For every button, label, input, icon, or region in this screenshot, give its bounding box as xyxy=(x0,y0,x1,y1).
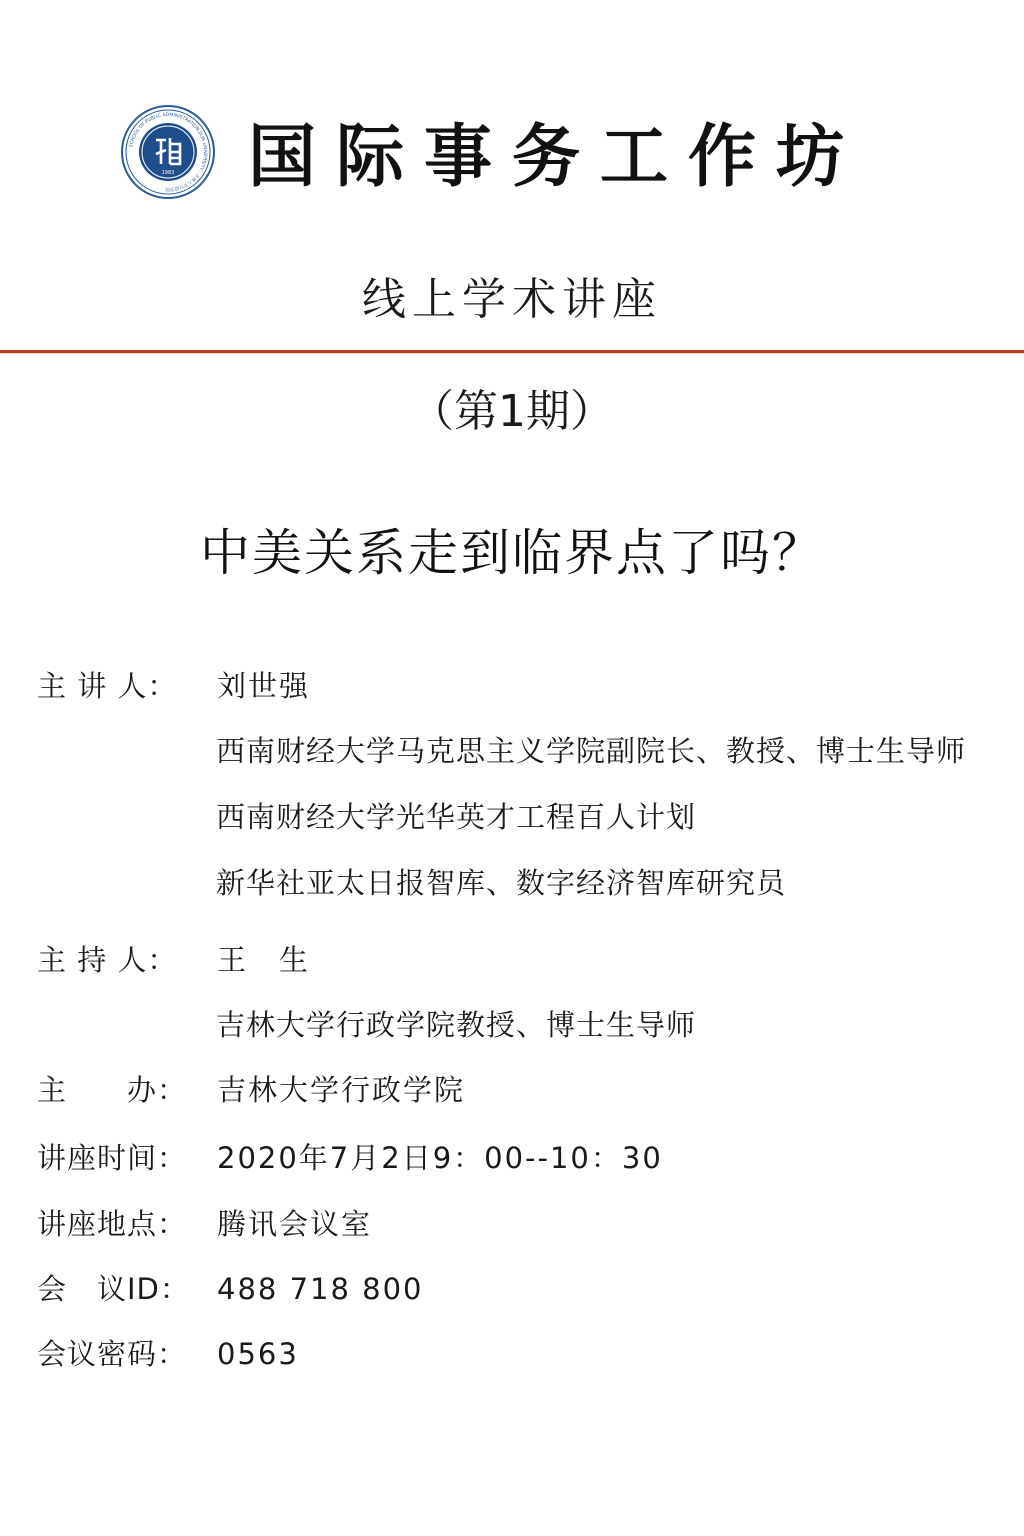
meeting-id-value: 488 718 800 xyxy=(217,1272,424,1306)
location-value: 腾讯会议室 xyxy=(217,1207,372,1241)
lecture-title: 中美关系走到临界点了吗？ xyxy=(0,520,1024,586)
organizer-label: 主 办： xyxy=(37,1070,217,1110)
location-row: 讲座地点：腾讯会议室 xyxy=(37,1204,372,1244)
password-row: 会议密码：0563 xyxy=(37,1334,299,1374)
host-row: 主 持 人：王 生 xyxy=(37,940,310,980)
password-value: 0563 xyxy=(217,1337,299,1371)
host-title-1: 吉林大学行政学院教授、博士生导师 xyxy=(216,1005,696,1045)
university-seal-logo: 1983 SCHOOL OF PUBLIC ADMINISTRATION JIL… xyxy=(120,104,216,200)
speaker-row: 主 讲 人：刘世强 xyxy=(37,666,310,706)
speaker-name: 刘世强 xyxy=(217,669,310,703)
location-label: 讲座地点： xyxy=(37,1204,217,1244)
time-row: 讲座时间：2020年7月2日9：00--10：30 xyxy=(37,1138,663,1178)
speaker-title-2: 西南财经大学光华英才工程百人计划 xyxy=(216,797,696,837)
password-label: 会议密码： xyxy=(37,1334,217,1374)
organizer-value: 吉林大学行政学院 xyxy=(217,1073,465,1107)
time-value: 2020年7月2日9：00--10：30 xyxy=(217,1141,663,1175)
speaker-title-1: 西南财经大学马克思主义学院副院长、教授、博士生导师 xyxy=(216,731,966,771)
speaker-label: 主 讲 人： xyxy=(37,666,217,706)
meeting-id-row: 会 议ID：488 718 800 xyxy=(37,1269,424,1309)
issue-number: （第1期） xyxy=(0,382,1024,442)
event-type-subtitle: 线上学术讲座 xyxy=(0,270,1024,330)
divider-line xyxy=(0,350,1024,353)
svg-text:1983: 1983 xyxy=(162,170,175,176)
host-label: 主 持 人： xyxy=(37,940,217,980)
time-label: 讲座时间： xyxy=(37,1138,217,1178)
brand-title: 国际事务工作坊 xyxy=(248,112,888,202)
university-seal-icon: 1983 SCHOOL OF PUBLIC ADMINISTRATION JIL… xyxy=(120,104,216,200)
host-name: 王 生 xyxy=(217,943,310,977)
meeting-id-label: 会 议ID： xyxy=(37,1269,217,1309)
speaker-title-3: 新华社亚太日报智库、数字经济智库研究员 xyxy=(216,863,786,903)
organizer-row: 主 办：吉林大学行政学院 xyxy=(37,1070,465,1110)
